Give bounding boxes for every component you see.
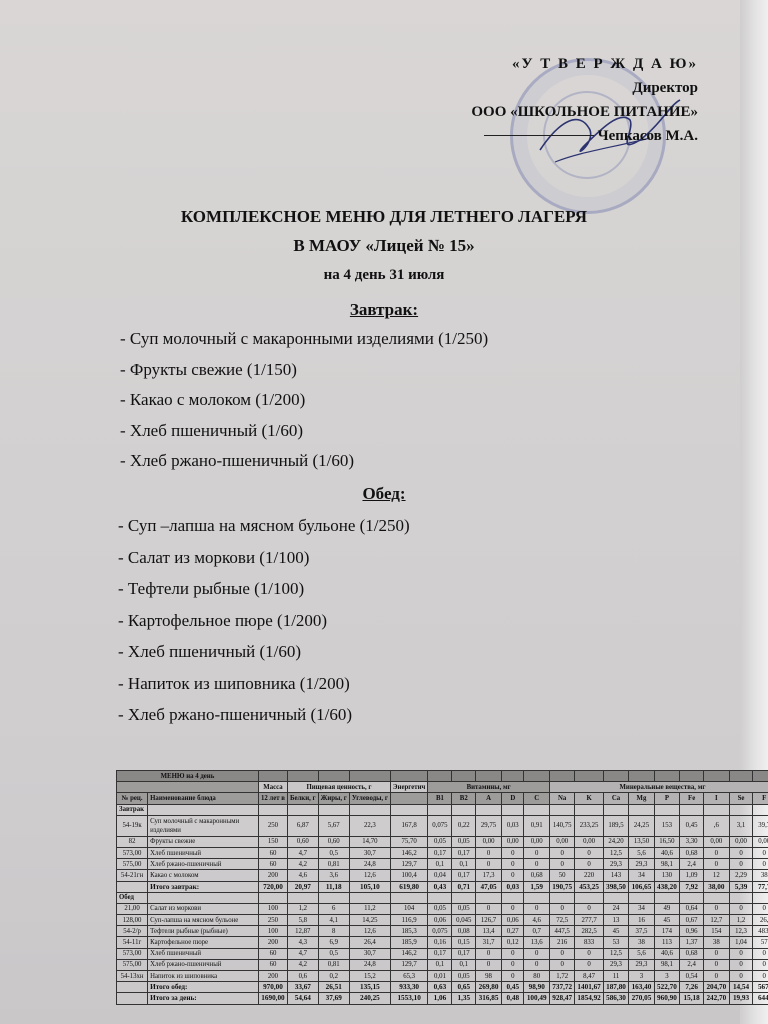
- header-minerals: Минеральные вещества, мг: [549, 782, 768, 793]
- approval-block: «У Т В Е Р Ж Д А Ю» Директор ООО «ШКОЛЬН…: [471, 52, 698, 148]
- table-caption: МЕНЮ на 4 день: [117, 771, 259, 782]
- lunch-item: - Суп –лапша на мясном бульоне (1/250): [118, 510, 410, 542]
- column-header: K: [575, 793, 603, 804]
- column-header: [390, 793, 427, 804]
- nutrition-table-wrap: МЕНЮ на 4 день Масса Пищевая ценность, г…: [116, 770, 768, 1020]
- section-label-row: Обед: [117, 892, 768, 903]
- column-header: № рец.: [117, 793, 148, 804]
- breakfast-list: - Суп молочный с макаронными изделиями (…: [120, 324, 488, 477]
- breakfast-item: - Фрукты свежие (1/150): [120, 355, 488, 386]
- column-header: Углеводы, г: [349, 793, 390, 804]
- column-header: D: [502, 793, 524, 804]
- column-header: F: [753, 793, 768, 804]
- signature-line: [484, 135, 594, 136]
- breakfast-item: - Суп молочный с макаронными изделиями (…: [120, 324, 488, 355]
- table-row: 54-2/рТефтели рыбные (рыбные)10012,87812…: [117, 926, 768, 937]
- header-mass: Масса: [258, 782, 287, 793]
- lunch-list: - Суп –лапша на мясном бульоне (1/250) -…: [118, 510, 410, 731]
- column-header: Ca: [603, 793, 628, 804]
- table-row: 21,00Салат из моркови1001,2611,21040,050…: [117, 903, 768, 914]
- table-row: 54-19кСуп молочный с макаронными изделия…: [117, 815, 768, 836]
- header-nutrition: Пищевая ценность, г: [287, 782, 390, 793]
- document-title: КОМПЛЕКСНОЕ МЕНЮ ДЛЯ ЛЕТНЕГО ЛАГЕРЯ: [0, 207, 768, 227]
- lunch-item: - Напиток из шиповника (1/200): [118, 668, 410, 700]
- column-header: 12 лет в: [258, 793, 287, 804]
- document-date: на 4 день 31 июля: [0, 267, 768, 284]
- table-row: 575,00Хлеб ржано-пшеничный604,20,8124,81…: [117, 959, 768, 970]
- column-header: C: [524, 793, 549, 804]
- column-header: Fe: [680, 793, 704, 804]
- column-header: A: [476, 793, 502, 804]
- column-header: Na: [549, 793, 574, 804]
- breakfast-heading: Завтрак:: [0, 300, 768, 320]
- table-row: 575,00Хлеб ржано-пшеничный604,20,8124,81…: [117, 859, 768, 870]
- column-header: Наименование блюда: [148, 793, 259, 804]
- column-header: B1: [428, 793, 452, 804]
- lunch-item: - Салат из моркови (1/100): [118, 542, 410, 574]
- approval-heading: «У Т В Е Р Ж Д А Ю»: [471, 52, 698, 76]
- table-row: 82Фрукты свежие1500,600,6014,7075,700,05…: [117, 836, 768, 847]
- approval-position: Директор: [471, 76, 698, 100]
- table-row: 54-21гнКакао с молоком2004,63,612,6100,4…: [117, 870, 768, 881]
- document-subtitle: В МАОУ «Лицей № 15»: [0, 236, 768, 256]
- lunch-item: - Тефтели рыбные (1/100): [118, 573, 410, 605]
- lunch-item: - Хлеб ржано-пшеничный (1/60): [118, 699, 410, 731]
- table-row: 54-13хнНапиток из шиповника2000,60,215,2…: [117, 971, 768, 982]
- column-header: Жиры, г: [318, 793, 349, 804]
- header-vitamins: Витамины, мг: [428, 782, 550, 793]
- lunch-heading: Обед:: [0, 484, 768, 504]
- total-row: Итого обед:970,0033,6726,51135,15933,300…: [117, 982, 768, 993]
- breakfast-item: - Хлеб ржано-пшеничный (1/60): [120, 446, 488, 477]
- section-label-row: Завтрак: [117, 804, 768, 815]
- lunch-item: - Хлеб пшеничный (1/60): [118, 636, 410, 668]
- table-row: 573,00Хлеб пшеничный604,70,530,7146,20,1…: [117, 847, 768, 858]
- total-row: Итого завтрак:720,0020,9711,18105,10619,…: [117, 881, 768, 892]
- nutrition-table: МЕНЮ на 4 день Масса Пищевая ценность, г…: [116, 770, 768, 1005]
- column-header: Белки, г: [287, 793, 318, 804]
- lunch-item: - Картофельное пюре (1/200): [118, 605, 410, 637]
- column-header: I: [704, 793, 729, 804]
- column-header: Se: [729, 793, 753, 804]
- breakfast-item: - Хлеб пшеничный (1/60): [120, 416, 488, 447]
- day-total-row: Итого за день:1690,0054,6437,69240,25155…: [117, 993, 768, 1004]
- column-header: B2: [452, 793, 476, 804]
- approval-organization: ООО «ШКОЛЬНОЕ ПИТАНИЕ»: [471, 100, 698, 124]
- approval-signatory: Чепкасов М.А.: [598, 128, 698, 144]
- breakfast-item: - Какао с молоком (1/200): [120, 385, 488, 416]
- table-row: 573,00Хлеб пшеничный604,70,530,7146,20,1…: [117, 948, 768, 959]
- column-header: Mg: [629, 793, 654, 804]
- table-row: 128,00Суп-лапша на мясном бульоне2505,84…: [117, 915, 768, 926]
- column-header: P: [654, 793, 679, 804]
- table-row: 54-11гКартофельное пюре2004,36,926,4185,…: [117, 937, 768, 948]
- header-energy: Энергетич: [390, 782, 427, 793]
